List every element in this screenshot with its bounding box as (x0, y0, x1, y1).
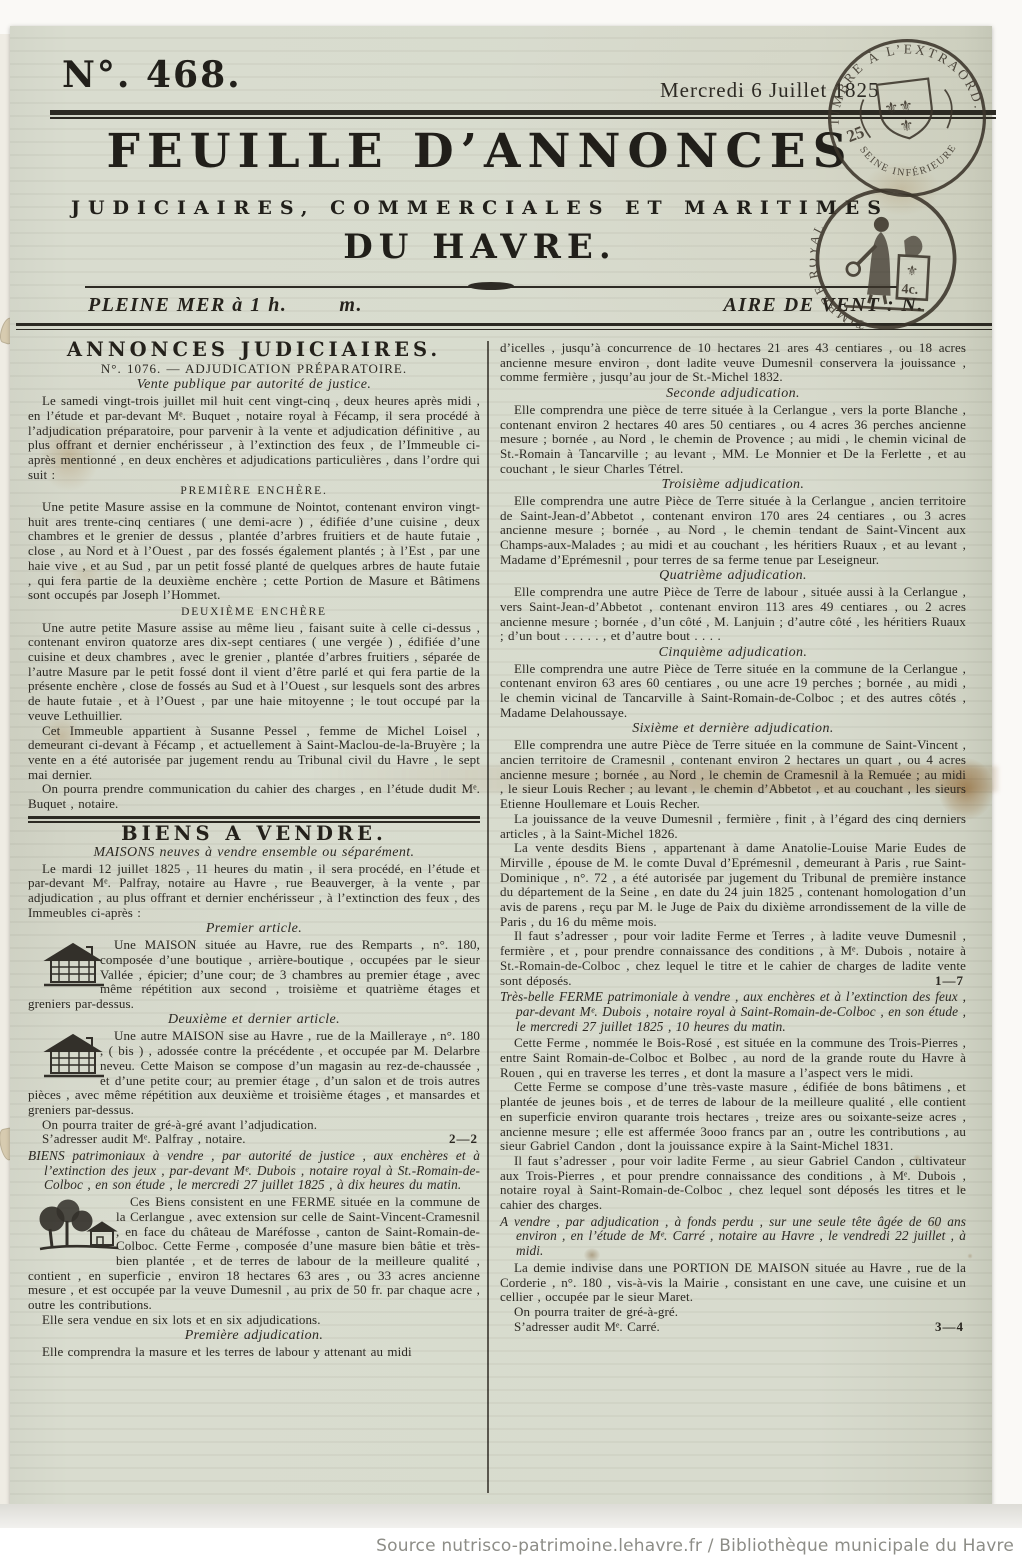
svg-text:SEINE INFÉRIEURE: SEINE INFÉRIEURE (857, 133, 963, 184)
paragraph: Une petite Masure assise en la commune d… (28, 500, 480, 603)
paragraph: Ces Biens consistent en une FERME située… (28, 1195, 480, 1313)
column-divider (487, 341, 489, 1493)
pedestal: ⚜ 4c. (897, 235, 930, 300)
issue-number: N°. 468. (62, 54, 242, 96)
paragraph: Elle comprendra une autre Pièce de Terre… (500, 662, 966, 721)
timbre-royal-stamp: TIMBRE ROYAL. ⚜ 4c. (806, 180, 966, 338)
paragraph: On pourra traiter de gré-à-gré avant l’a… (28, 1118, 480, 1133)
paragraph: On pourra traiter de gré-à-gré. (500, 1305, 966, 1320)
paragraph: La demie indivise dans une PORTION DE MA… (500, 1261, 966, 1305)
paragraph: La vente desdits Biens , appartenant à d… (500, 841, 966, 929)
paragraph: Elle comprendra une autre Pièce de Terre… (500, 494, 966, 568)
paragraph: d’icelles , jusqu’à concurrence de 10 he… (500, 341, 966, 385)
masthead: FEUILLE D’ANNONCES JUDICIAIRES, COMMERCI… (10, 128, 950, 267)
notice-intro: A vendre , par adjudication , à fonds pe… (500, 1215, 966, 1259)
paragraph: Elle comprendra une autre Pièce de Terre… (500, 738, 966, 812)
paragraph: Cette Ferme , nommée le Bois-Rosé , est … (500, 1036, 966, 1080)
newspaper-page: N°. 468. Mercredi 6 Juillet 1825 FEUILLE… (10, 26, 992, 1506)
house-icon (28, 1031, 92, 1079)
article-heading: Cinquième adjudication. (500, 646, 966, 661)
left-column: ANNONCES JUDICIAIRES.N°. 1076. — ADJUDIC… (28, 341, 480, 1360)
stamp-arc-bottom-text: SEINE INFÉRIEURE (857, 133, 963, 184)
notice-intro: BIENS patrimoniaux à vendre , par autori… (28, 1149, 480, 1193)
paragraph: Elle comprendra la masure et les terres … (28, 1345, 480, 1360)
tide-label: PLEINE MER à 1 h. m. (88, 294, 363, 317)
paragraph: On pourra prendre communication du cahie… (28, 782, 480, 811)
paragraph: Elle comprendra une autre Pièce de Terre… (500, 585, 966, 644)
article-heading: Troisième adjudication. (500, 478, 966, 493)
article-heading: Quatrième adjudication. (500, 569, 966, 584)
notice-intro: Très-belle FERME patrimoniale à vendre ,… (500, 990, 966, 1034)
signature-line: S’adresser audit Mᵉ. Palfray , notaire.2… (28, 1132, 480, 1147)
paragraph: Une autre MAISON sise au Havre , rue de … (28, 1029, 480, 1117)
insertion-count: 1—7 (935, 974, 964, 989)
newspaper-subtitle: JUDICIAIRES, COMMERCIALES ET MARITIMES (10, 197, 950, 219)
article-heading: Deuxième et dernier article. (28, 1013, 480, 1028)
right-column: d’icelles , jusqu’à concurrence de 10 he… (500, 341, 966, 1334)
ornament-rule (85, 284, 897, 289)
signature-line: S’adresser audit Mᵉ. Carré.3—4 (500, 1320, 966, 1335)
paragraph: Il faut s’adresser , pour voir ladite Fe… (500, 1154, 966, 1213)
stamp-value: 4c. (901, 282, 918, 298)
paragraph: Cet Immeuble appartient à Susanne Pessel… (28, 724, 480, 783)
paragraph: La jouissance de la veuve Dumesnil , fer… (500, 812, 966, 841)
paragraph: Cette Ferme se compose d’une très-vaste … (500, 1080, 966, 1154)
paragraph: Une autre petite Masure assise au même l… (28, 621, 480, 724)
section-heading: ANNONCES JUDICIAIRES. (28, 343, 480, 358)
paragraph: Elle sera vendue en six lots et en six a… (28, 1313, 480, 1328)
paragraph: Le samedi vingt-trois juillet mil huit c… (28, 394, 480, 482)
section-heading: BIENS A VENDRE. (28, 827, 480, 842)
paragraph: Elle comprendra une pièce de terre situé… (500, 403, 966, 477)
source-credit: Source nutrisco-patrimoine.lehavre.fr / … (376, 1536, 1014, 1556)
fleur-de-lis: ⚜⚜ (883, 98, 914, 118)
article-heading: MAISONS neuves à vendre ensemble ou sépa… (28, 846, 480, 861)
article-heading: Seconde adjudication. (500, 387, 966, 402)
article-heading: Première adjudication. (28, 1329, 480, 1344)
standing-figure (845, 215, 894, 304)
farm-icon (22, 1197, 108, 1259)
paragraph: Une MAISON située au Havre, rue des Remp… (28, 938, 480, 1012)
article-heading: Vente publique par autorité de justice. (28, 378, 480, 393)
fleur-de-lis: ⚜ (898, 117, 914, 136)
signature-line: Il faut s’adresser , pour voir ladite Fe… (500, 929, 966, 988)
svg-text:⚜: ⚜ (905, 264, 918, 280)
paragraph: Le mardi 12 juillet 1825 , 11 heures du … (28, 862, 480, 921)
auction-heading: PREMIÈRE ENCHÈRE. (28, 484, 480, 499)
article-heading: Sixième et dernière adjudication. (500, 722, 966, 737)
insertion-count: 3—4 (935, 1320, 964, 1335)
article-heading: Premier article. (28, 922, 480, 937)
auction-heading: DEUXIÈME ENCHÈRE (28, 605, 480, 620)
house-icon (28, 940, 92, 988)
scanned-newspaper-view: { "header": { "issue_no": "N°. 468.", "d… (0, 0, 1022, 1566)
newspaper-title: FEUILLE D’ANNONCES (10, 128, 950, 175)
notice-heading: N°. 1076. — ADJUDICATION PRÉPARATOIRE. (28, 362, 480, 377)
tide-wind-row: PLEINE MER à 1 h. m. AIRE DE VENT : N. (88, 294, 924, 317)
insertion-count: 2—2 (449, 1132, 478, 1147)
